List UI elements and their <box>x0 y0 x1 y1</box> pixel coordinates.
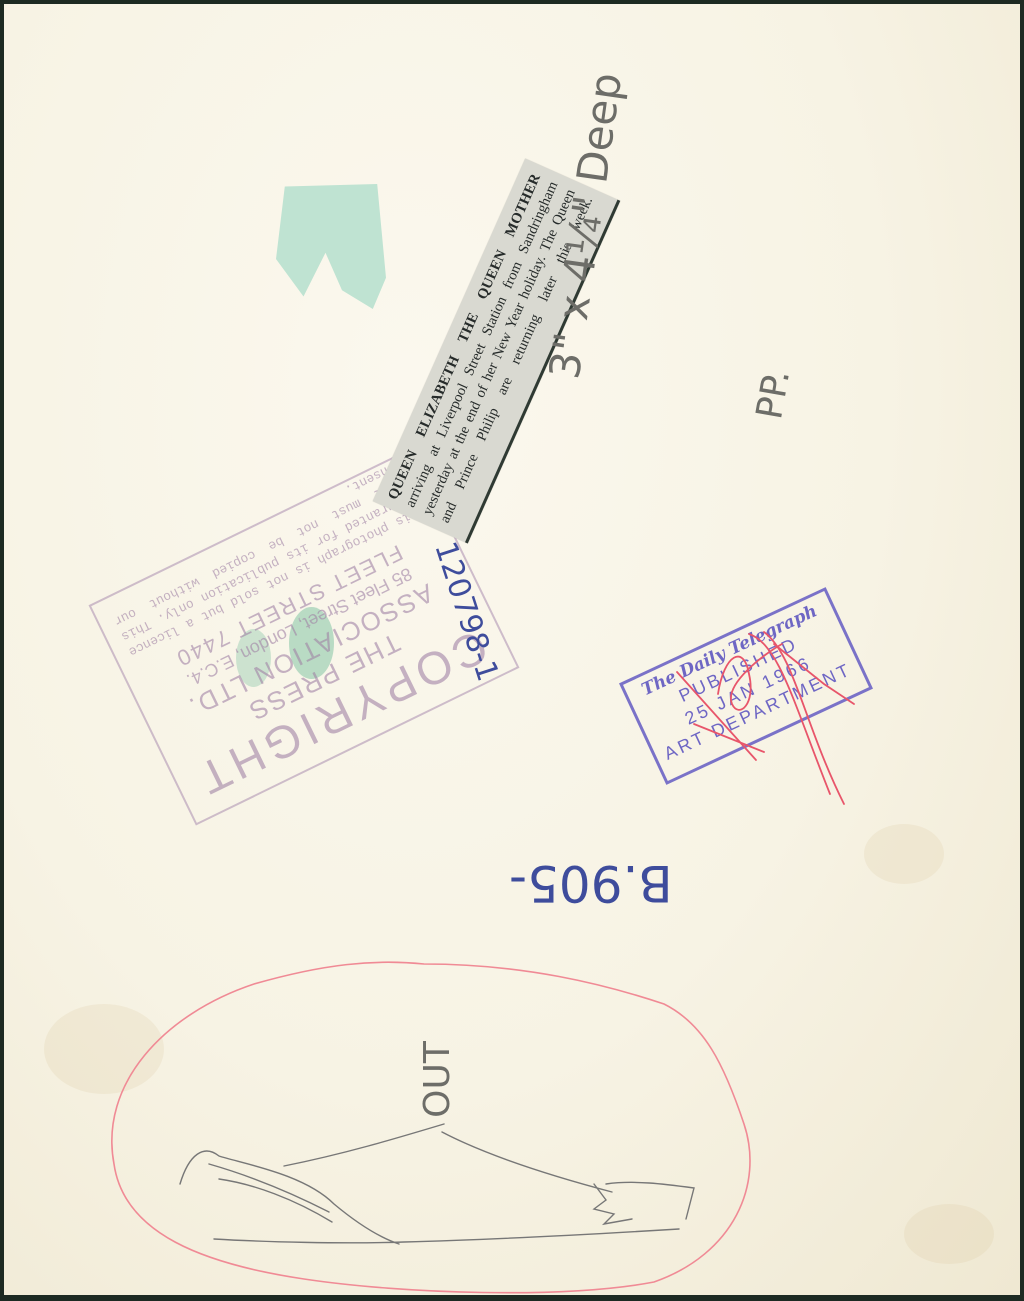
photo-back-sheet: COPYRIGHT THE PRESS ASSOCIATION LTD. 85 … <box>4 4 1020 1295</box>
marks-overlay <box>4 4 1020 1295</box>
red-check-scribble <box>677 632 854 804</box>
pencil-crop-sketch <box>180 1124 694 1244</box>
